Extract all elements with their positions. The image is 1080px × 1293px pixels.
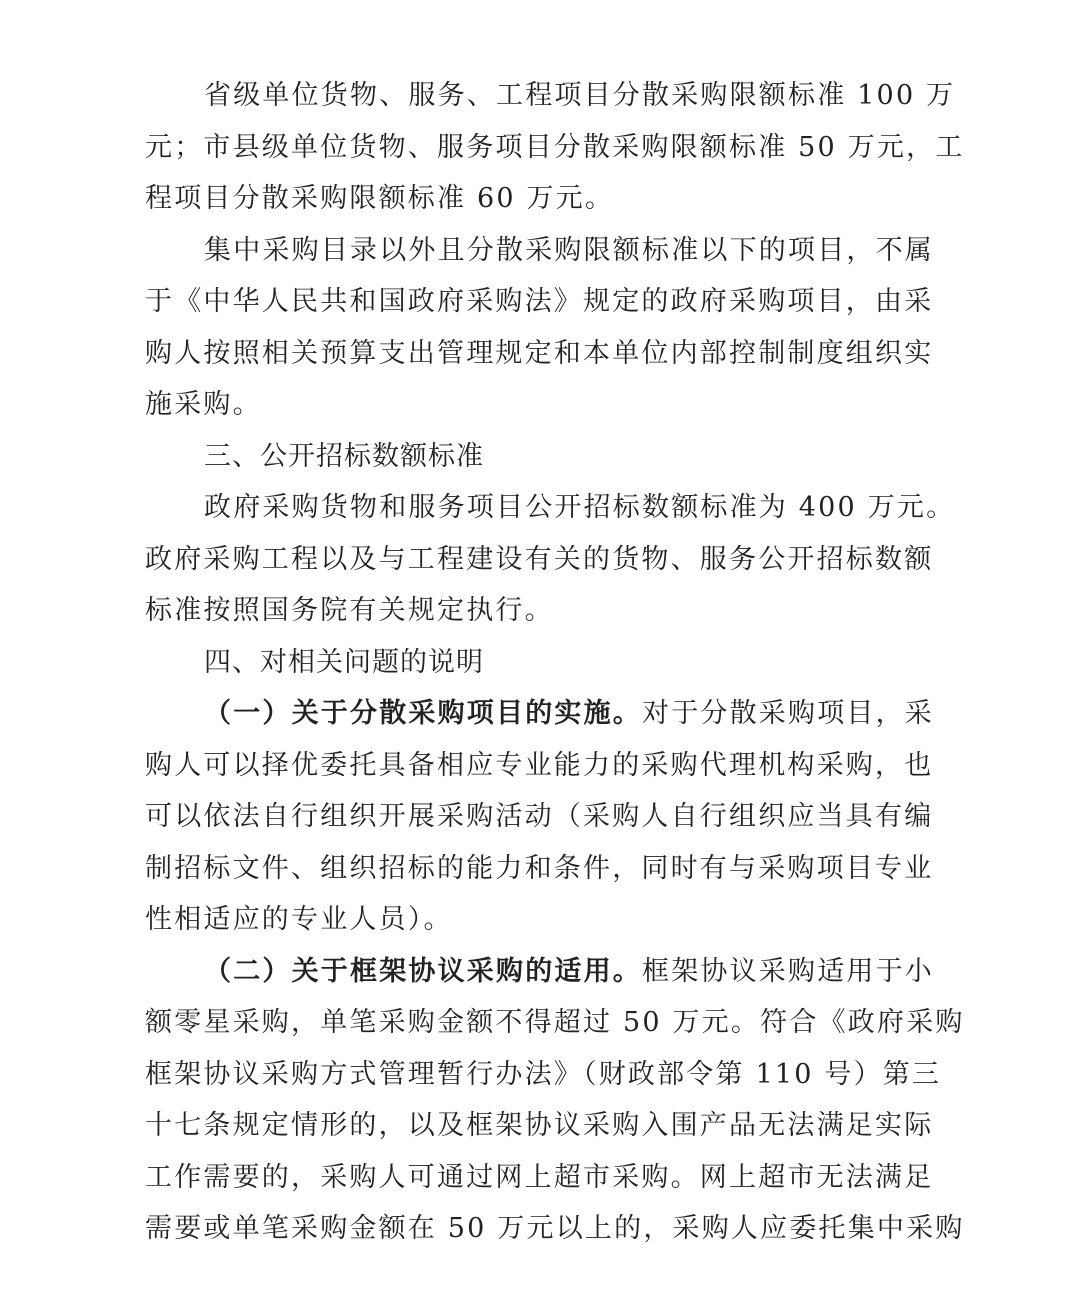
subsection-title: （一）关于分散采购项目的实施。: [204, 698, 642, 729]
text-line: 程项目分散采购限额标准 60 万元。: [145, 173, 941, 225]
text-line: 性相适应的专业人员）。: [145, 894, 941, 946]
paragraph-framework-agreement: （二）关于框架协议采购的适用。框架协议采购适用于小 额零星采购，单笔采购金额不得…: [145, 946, 941, 1255]
text-line: 集中采购目录以外且分散采购限额标准以下的项目，不属: [145, 225, 941, 277]
text-line: 十七条规定情形的，以及框架协议采购入围产品无法满足实际: [145, 1100, 941, 1152]
text-line: 于《中华人民共和国政府采购法》规定的政府采购项目，由采: [145, 276, 941, 328]
text-line: 需要或单笔采购金额在 50 万元以上的，采购人应委托集中采购: [145, 1203, 941, 1255]
text-line: 购人按照相关预算支出管理规定和本单位内部控制制度组织实: [145, 328, 941, 380]
section-heading-explanations: 四、对相关问题的说明: [145, 637, 941, 689]
paragraph-public-tender-threshold: 政府采购货物和服务项目公开招标数额标准为 400 万元。 政府采购工程以及与工程…: [145, 482, 941, 637]
text-line: （二）关于框架协议采购的适用。框架协议采购适用于小: [145, 946, 941, 998]
text-line: 省级单位货物、服务、工程项目分散采购限额标准 100 万: [145, 70, 941, 122]
paragraph-decentralized-implementation: （一）关于分散采购项目的实施。对于分散采购项目，采 购人可以择优委托具备相应专业…: [145, 688, 941, 946]
text-line: 施采购。: [145, 379, 941, 431]
subsection-title: （二）关于框架协议采购的适用。: [204, 956, 642, 987]
text-line: 框架协议采购方式管理暂行办法》（财政部令第 110 号）第三: [145, 1049, 941, 1101]
text-run: 框架协议采购适用于小: [642, 956, 934, 987]
text-line: 工作需要的，采购人可通过网上超市采购。网上超市无法满足: [145, 1152, 941, 1204]
text-run: 对于分散采购项目，采: [642, 698, 934, 729]
text-line: 制招标文件、组织招标的能力和条件，同时有与采购项目专业: [145, 843, 941, 895]
paragraph-decentralized-limits: 省级单位货物、服务、工程项目分散采购限额标准 100 万 元；市县级单位货物、服…: [145, 70, 941, 225]
text-line: 标准按照国务院有关规定执行。: [145, 585, 941, 637]
paragraph-outside-catalog: 集中采购目录以外且分散采购限额标准以下的项目，不属 于《中华人民共和国政府采购法…: [145, 225, 941, 431]
text-line: （一）关于分散采购项目的实施。对于分散采购项目，采: [145, 688, 941, 740]
document-page: 省级单位货物、服务、工程项目分散采购限额标准 100 万 元；市县级单位货物、服…: [145, 70, 941, 1255]
text-line: 政府采购工程以及与工程建设有关的货物、服务公开招标数额: [145, 534, 941, 586]
text-line: 可以依法自行组织开展采购活动（采购人自行组织应当具有编: [145, 791, 941, 843]
text-line: 额零星采购，单笔采购金额不得超过 50 万元。符合《政府采购: [145, 997, 941, 1049]
text-line: 购人可以择优委托具备相应专业能力的采购代理机构采购，也: [145, 740, 941, 792]
text-line: 政府采购货物和服务项目公开招标数额标准为 400 万元。: [145, 482, 941, 534]
section-heading-public-tender: 三、公开招标数额标准: [145, 431, 941, 483]
text-line: 元；市县级单位货物、服务项目分散采购限额标准 50 万元，工: [145, 122, 941, 174]
